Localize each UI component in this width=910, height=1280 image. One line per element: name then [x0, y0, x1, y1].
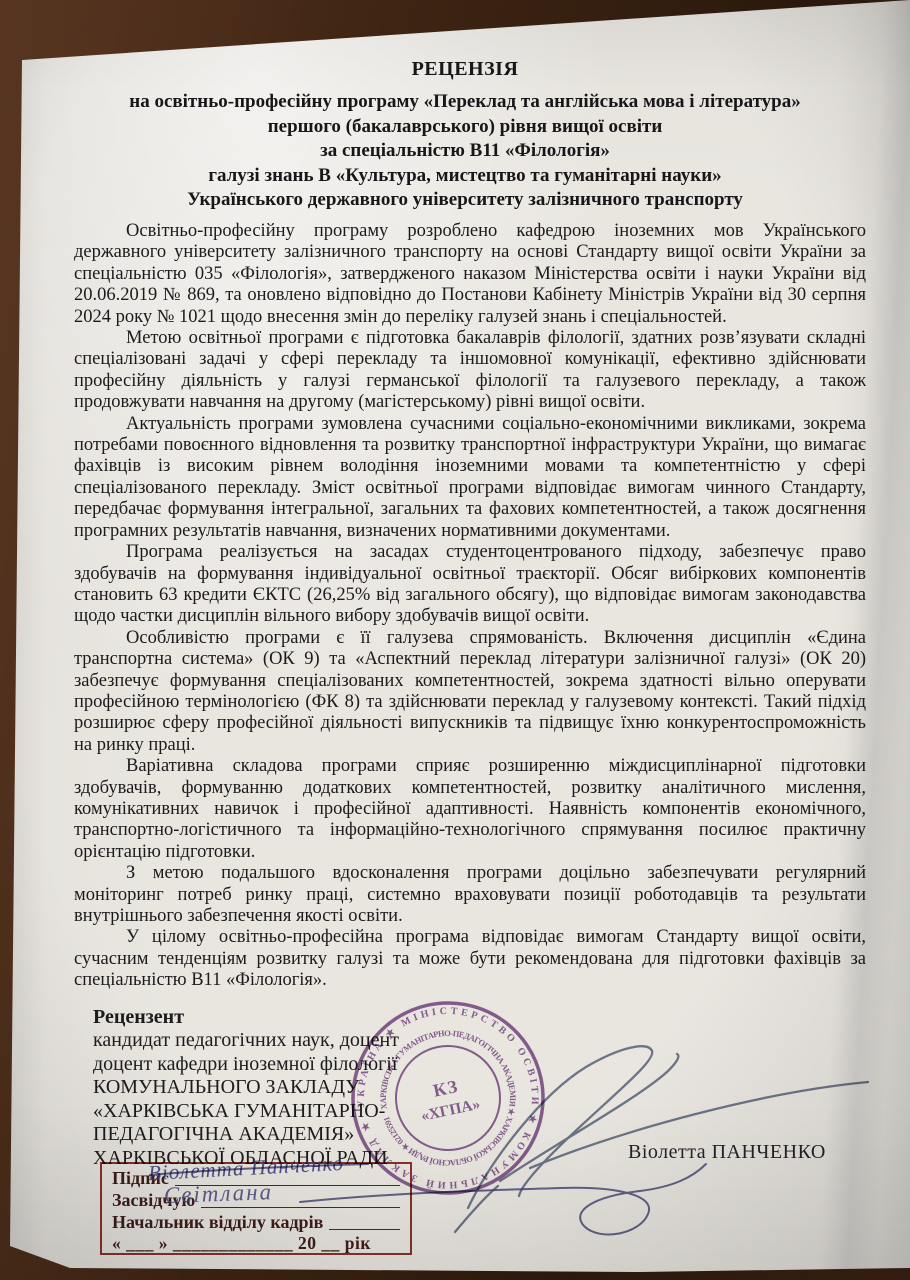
reviewer-printed-name: Віолетта ПАНЧЕНКО: [628, 1141, 826, 1164]
document-body: Освітньо-професійну програму розроблено …: [74, 221, 866, 992]
body-paragraph: Особливістю програми є її галузева спрям…: [74, 628, 866, 756]
subtitle-line: на освітньо-професійну програму «Перекла…: [60, 90, 870, 115]
subtitle-line: Українського державного університету зал…: [60, 188, 870, 213]
hr-stamp-row-label: Начальник відділу кадрів: [112, 1211, 323, 1233]
body-paragraph: Актуальність програми зумовлена сучасним…: [74, 414, 866, 542]
body-paragraph: Метою освітньої програми є підготовка ба…: [74, 328, 866, 414]
hr-stamp-date-row: « ___ » _____________ 20 __ рік: [112, 1233, 402, 1256]
document-subtitle: на освітньо-професійну програму «Перекла…: [60, 90, 870, 213]
body-paragraph: Освітньо-професійну програму розроблено …: [74, 221, 866, 328]
document-header: РЕЦЕНЗІЯ на освітньо-професійну програму…: [60, 58, 870, 213]
signature-line: [329, 1229, 400, 1230]
handwritten-signature-zasvidchuyu: Світлана: [164, 1179, 274, 1209]
signature-line: [201, 1207, 400, 1208]
subtitle-line: галузі знань В «Культура, мистецтво та г…: [60, 164, 870, 189]
paper-sheet: РЕЦЕНЗІЯ на освітньо-професійну програму…: [0, 0, 910, 1280]
body-paragraph: Варіативна складова програми сприяє розш…: [74, 756, 866, 863]
subtitle-line: за спеціальністю В11 «Філологія»: [60, 139, 870, 164]
body-paragraph: У цілому освітньо-професійна програма ві…: [74, 927, 866, 991]
body-paragraph: З метою подальшого вдосконалення програм…: [74, 863, 866, 927]
photo-background: РЕЦЕНЗІЯ на освітньо-професійну програму…: [0, 0, 910, 1280]
hr-stamp-row: Начальник відділу кадрів: [112, 1211, 402, 1233]
body-paragraph: Програма реалізується на засадах студент…: [74, 542, 866, 628]
subtitle-line: першого (бакалаврського) рівня вищої осв…: [60, 115, 870, 140]
seal-center-name: «ХГПА»: [420, 1096, 482, 1125]
document-title: РЕЦЕНЗІЯ: [60, 58, 870, 81]
seal-center-abbrev: КЗ: [431, 1076, 460, 1101]
